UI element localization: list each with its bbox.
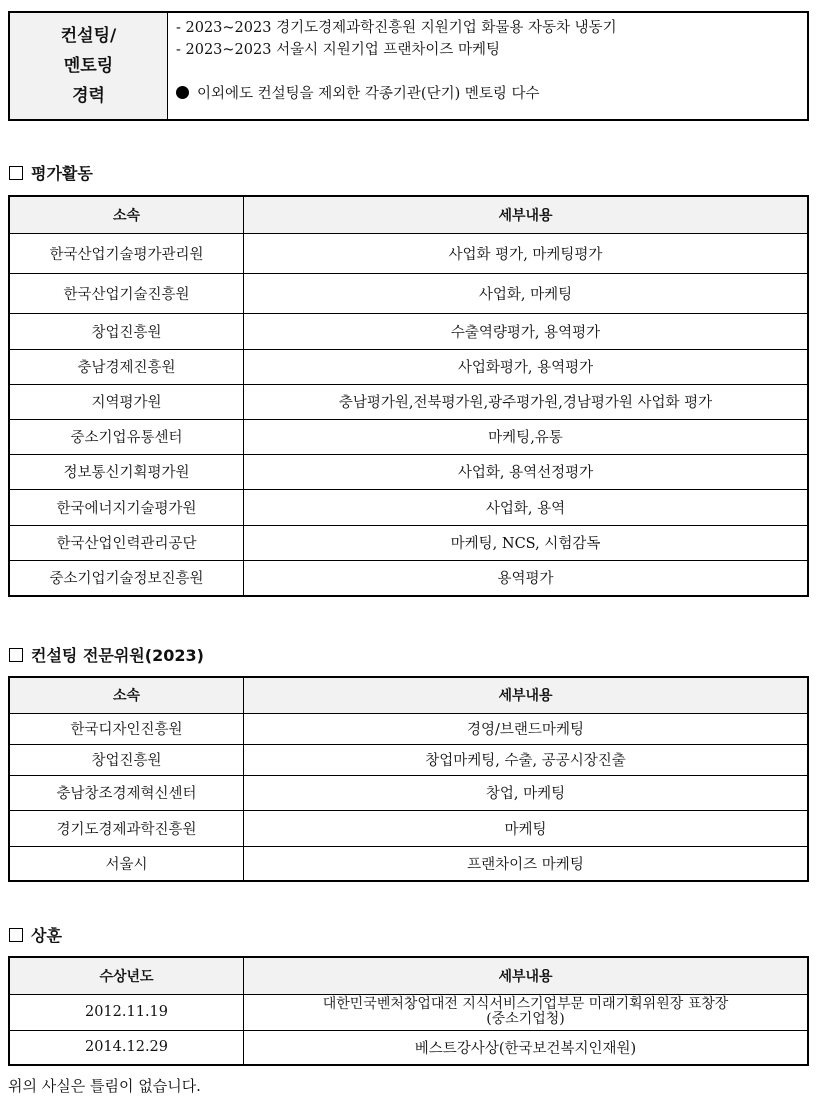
table-row: 충남창조경제혁신센터창업, 마케팅	[9, 775, 808, 810]
footer-statement: 위의 사실은 틀림이 없습니다.	[8, 1075, 201, 1096]
checkbox-square-icon	[9, 166, 23, 180]
cell-org: 한국산업인력관리공단	[9, 525, 244, 560]
cell-detail: 수출역량평가, 용역평가	[244, 313, 809, 349]
career-label-line: 컨설팅/	[10, 21, 167, 51]
table-row: 정보통신기획평가원사업화, 용역선정평가	[9, 454, 808, 489]
cell-org: 경기도경제과학진흥원	[9, 810, 244, 846]
table-row: 경기도경제과학진흥원마케팅	[9, 810, 808, 846]
cell-org: 창업진흥원	[9, 744, 244, 775]
career-label: 컨설팅/ 멘토링 경력	[9, 12, 168, 120]
header-detail: 세부내용	[244, 957, 809, 994]
cell-detail: 마케팅,유통	[244, 419, 809, 454]
career-table: 컨설팅/ 멘토링 경력 - 2023~2023 경기도경제과학진흥원 지원기업 …	[8, 11, 809, 121]
cell-detail: 마케팅, NCS, 시험감독	[244, 525, 809, 560]
cell-org: 충남경제진흥원	[9, 349, 244, 384]
cell-org: 지역평가원	[9, 384, 244, 419]
table-row: 창업진흥원창업마케팅, 수출, 공공시장진출	[9, 744, 808, 775]
award-detail-line: (중소기업청)	[244, 1012, 807, 1027]
cell-org: 한국산업기술진흥원	[9, 273, 244, 313]
cell-detail: 사업화 평가, 마케팅평가	[244, 233, 809, 273]
cell-date: 2014.12.29	[9, 1030, 244, 1065]
cell-org: 한국디자인진흥원	[9, 713, 244, 744]
cell-org: 중소기업기술정보진흥원	[9, 560, 244, 596]
header-org: 소속	[9, 677, 244, 713]
table-row: 한국산업기술진흥원사업화, 마케팅	[9, 273, 808, 313]
table-row: 한국디자인진흥원경영/브랜드마케팅	[9, 713, 808, 744]
cell-detail: 충남평가원,전북평가원,광주평가원,경남평가원 사업화 평가	[244, 384, 809, 419]
table-row: 2014.12.29 베스트강사상(한국보건복지인재원)	[9, 1030, 808, 1065]
header-org: 소속	[9, 196, 244, 233]
career-body: - 2023~2023 경기도경제과학진흥원 지원기업 화물용 자동차 냉동기 …	[168, 12, 809, 120]
cell-date: 2012.11.19	[9, 994, 244, 1030]
table-row: 지역평가원충남평가원,전북평가원,광주평가원,경남평가원 사업화 평가	[9, 384, 808, 419]
header-detail: 세부내용	[244, 677, 809, 713]
table-row: 한국에너지기술평가원사업화, 용역	[9, 489, 808, 525]
cell-detail: 베스트강사상(한국보건복지인재원)	[244, 1030, 809, 1065]
header-detail: 세부내용	[244, 196, 809, 233]
cell-detail: 마케팅	[244, 810, 809, 846]
table-row: 서울시프랜차이즈 마케팅	[9, 846, 808, 881]
table-row: 중소기업기술정보진흥원용역평가	[9, 560, 808, 596]
section-title-awards: 상훈	[9, 923, 62, 946]
cell-detail: 프랜차이즈 마케팅	[244, 846, 809, 881]
career-note: 이외에도 컨설팅을 제외한 각종기관(단기) 멘토링 다수	[176, 83, 799, 105]
cell-org: 충남창조경제혁신센터	[9, 775, 244, 810]
consulting-table: 소속 세부내용 한국디자인진흥원경영/브랜드마케팅 창업진흥원창업마케팅, 수출…	[8, 676, 809, 882]
table-row: 충남경제진흥원사업화평가, 용역평가	[9, 349, 808, 384]
award-detail-line: 대한민국벤처창업대전 지식서비스기업부문 미래기획위원장 표창장	[244, 997, 807, 1012]
career-label-line: 멘토링	[10, 51, 167, 81]
table-row: 한국산업인력관리공단마케팅, NCS, 시험감독	[9, 525, 808, 560]
section-title-evaluation: 평가활동	[9, 161, 93, 184]
section-title-text: 상훈	[31, 923, 62, 946]
cell-detail: 사업화, 용역선정평가	[244, 454, 809, 489]
checkbox-square-icon	[9, 928, 23, 942]
cell-org: 창업진흥원	[9, 313, 244, 349]
table-row: 창업진흥원수출역량평가, 용역평가	[9, 313, 808, 349]
cell-org: 한국에너지기술평가원	[9, 489, 244, 525]
cell-detail: 사업화, 마케팅	[244, 273, 809, 313]
cell-org: 서울시	[9, 846, 244, 881]
cell-detail: 창업, 마케팅	[244, 775, 809, 810]
awards-table: 수상년도 세부내용 2012.11.19 대한민국벤처창업대전 지식서비스기업부…	[8, 956, 809, 1066]
cell-org: 한국산업기술평가관리원	[9, 233, 244, 273]
evaluation-table: 소속 세부내용 한국산업기술평가관리원사업화 평가, 마케팅평가 한국산업기술진…	[8, 195, 809, 597]
section-title-text: 컨설팅 전문위원(2023)	[31, 643, 204, 666]
section-title-consulting: 컨설팅 전문위원(2023)	[9, 643, 204, 666]
cell-org: 중소기업유통센터	[9, 419, 244, 454]
table-row: 중소기업유통센터마케팅,유통	[9, 419, 808, 454]
section-title-text: 평가활동	[31, 161, 93, 184]
cell-detail: 사업화평가, 용역평가	[244, 349, 809, 384]
table-row: 한국산업기술평가관리원사업화 평가, 마케팅평가	[9, 233, 808, 273]
table-row: 2012.11.19 대한민국벤처창업대전 지식서비스기업부문 미래기획위원장 …	[9, 994, 808, 1030]
cell-detail: 사업화, 용역	[244, 489, 809, 525]
cell-detail: 창업마케팅, 수출, 공공시장진출	[244, 744, 809, 775]
bullet-icon	[176, 86, 189, 99]
cell-org: 정보통신기획평가원	[9, 454, 244, 489]
career-item: - 2023~2023 서울시 지원기업 프랜차이즈 마케팅	[176, 39, 799, 61]
checkbox-square-icon	[9, 648, 23, 662]
career-note-text: 이외에도 컨설팅을 제외한 각종기관(단기) 멘토링 다수	[197, 86, 540, 102]
cell-detail: 대한민국벤처창업대전 지식서비스기업부문 미래기획위원장 표창장 (중소기업청)	[244, 994, 809, 1030]
career-label-line: 경력	[10, 81, 167, 111]
cell-detail: 용역평가	[244, 560, 809, 596]
cell-detail: 경영/브랜드마케팅	[244, 713, 809, 744]
header-date: 수상년도	[9, 957, 244, 994]
career-item: - 2023~2023 경기도경제과학진흥원 지원기업 화물용 자동차 냉동기	[176, 17, 799, 39]
